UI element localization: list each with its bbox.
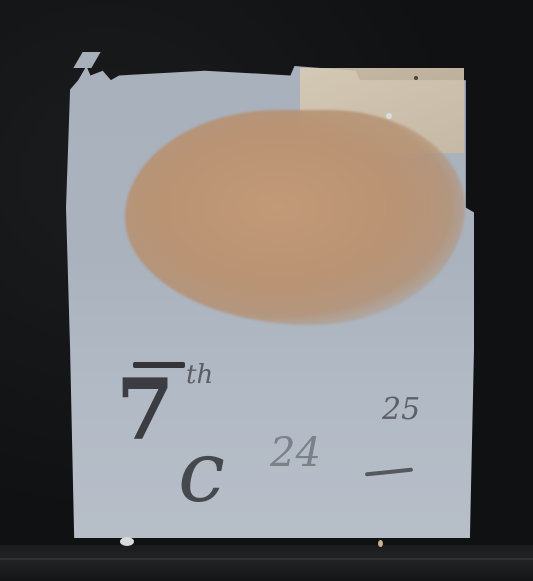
speck (386, 113, 392, 119)
pencil-letter-c: c (178, 430, 225, 514)
debris (378, 540, 383, 547)
pencil-price: 24 (270, 430, 321, 476)
speck (414, 76, 418, 80)
mount-edge-line (0, 558, 533, 560)
pencil-price-superscript: 25 (382, 392, 420, 427)
pencil-superscript: th (186, 360, 213, 390)
pencil-mark-7: 7 (116, 368, 174, 452)
mount-edge (0, 545, 533, 581)
debris (120, 537, 134, 546)
